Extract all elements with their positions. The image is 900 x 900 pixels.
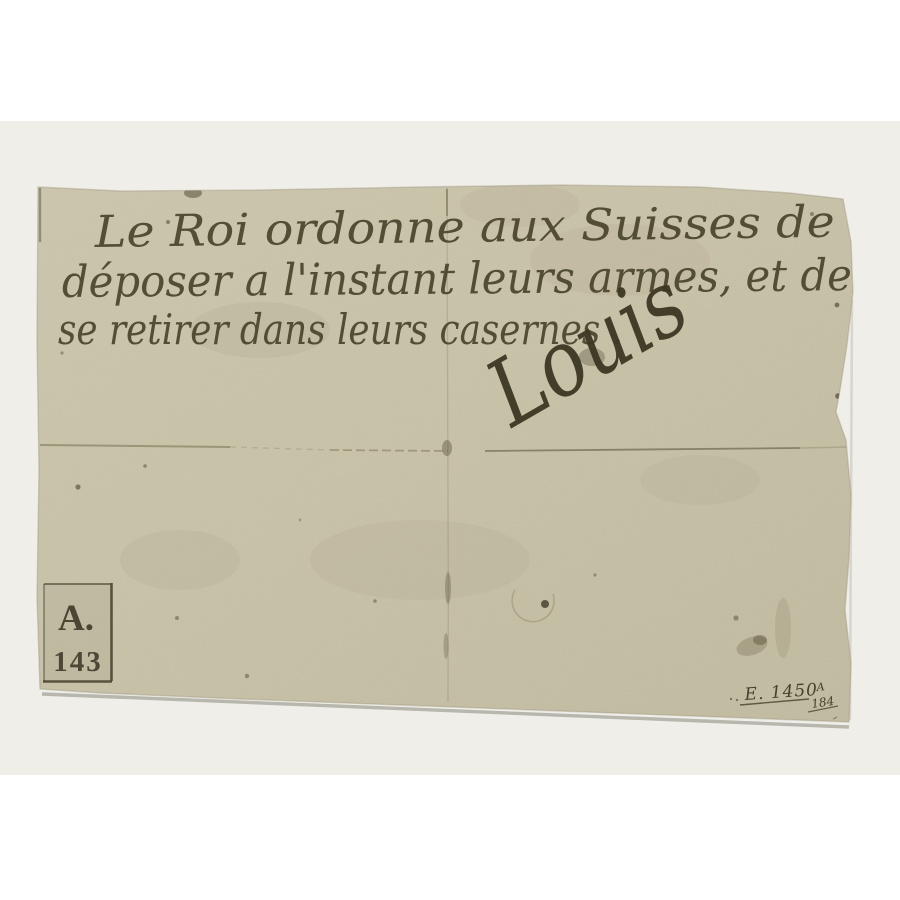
horizontal-fold-right-fade: [800, 447, 848, 448]
fold-cross-smudge: [442, 440, 452, 456]
handwriting-line-1: Le Roi ordonne aux Suisses de: [93, 197, 835, 258]
blotch-lower-right-core: [753, 635, 767, 645]
speck-a: [733, 615, 738, 620]
document-photo: Le Roi ordonne aux Suisses de déposer a …: [0, 0, 900, 900]
annotation-dot-1: [730, 698, 732, 700]
photographed-document-page: Le Roi ordonne aux Suisses de déposer a …: [0, 0, 900, 900]
annotation-dot-2: [736, 699, 738, 701]
stamp-letter: A.: [58, 598, 94, 639]
ink-dot-stain: [541, 600, 549, 608]
smear-lower-right: [775, 598, 791, 658]
stamp-number: 143: [53, 646, 103, 678]
handwriting-line-2: déposer a l'instant leurs armes, et de: [62, 250, 852, 308]
archive-stamp: A. 143: [43, 583, 112, 682]
fold-smudge-lower-2: [444, 633, 449, 659]
annotation-sup: A: [815, 680, 825, 694]
